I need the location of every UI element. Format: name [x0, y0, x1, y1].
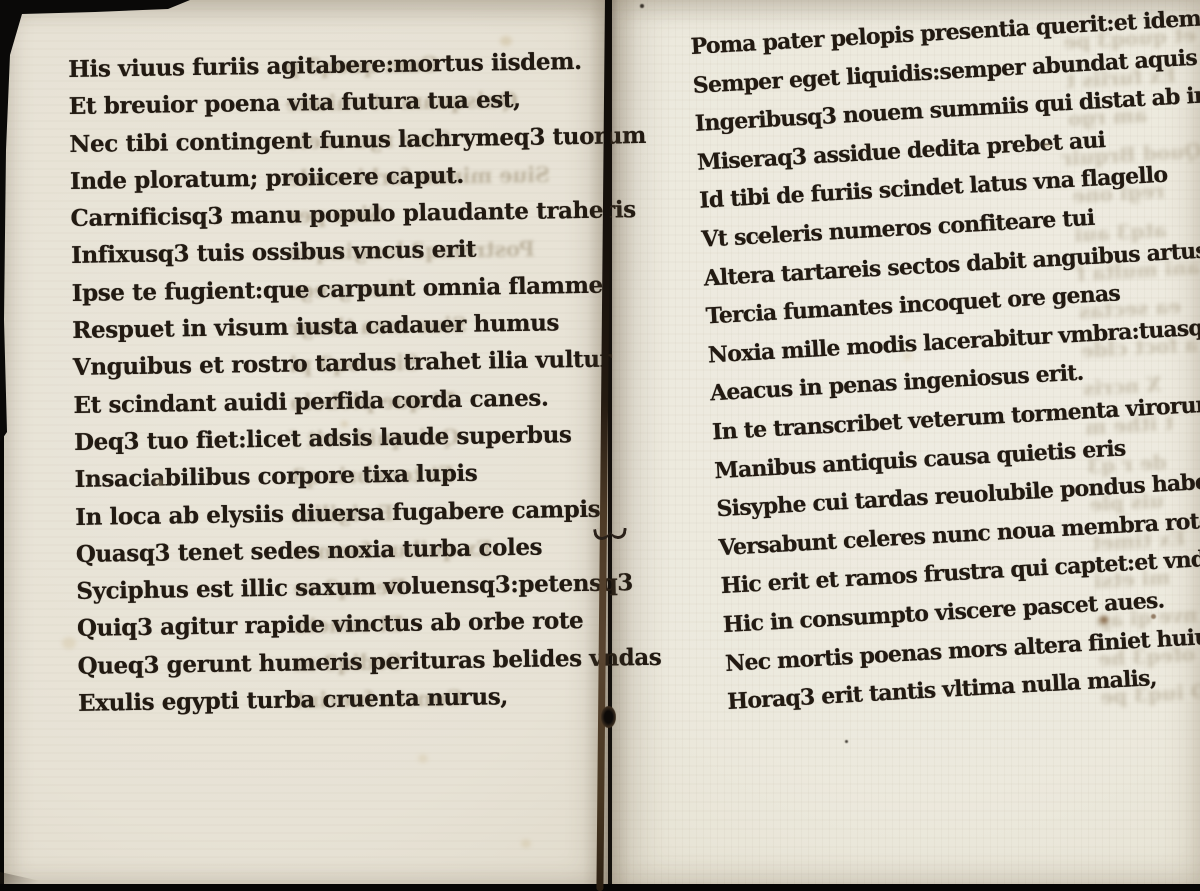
- right-page-text: Poma pater pelopis presentia querit:et i…: [690, 7, 1200, 727]
- thread-knot: [601, 706, 616, 728]
- left-page-text: His viuus furiis agitabere:mortus iisdem…: [68, 48, 603, 728]
- book-photo: Cum quoq3 pQuisquam et eniuneSiue rgu ca…: [0, 0, 1200, 884]
